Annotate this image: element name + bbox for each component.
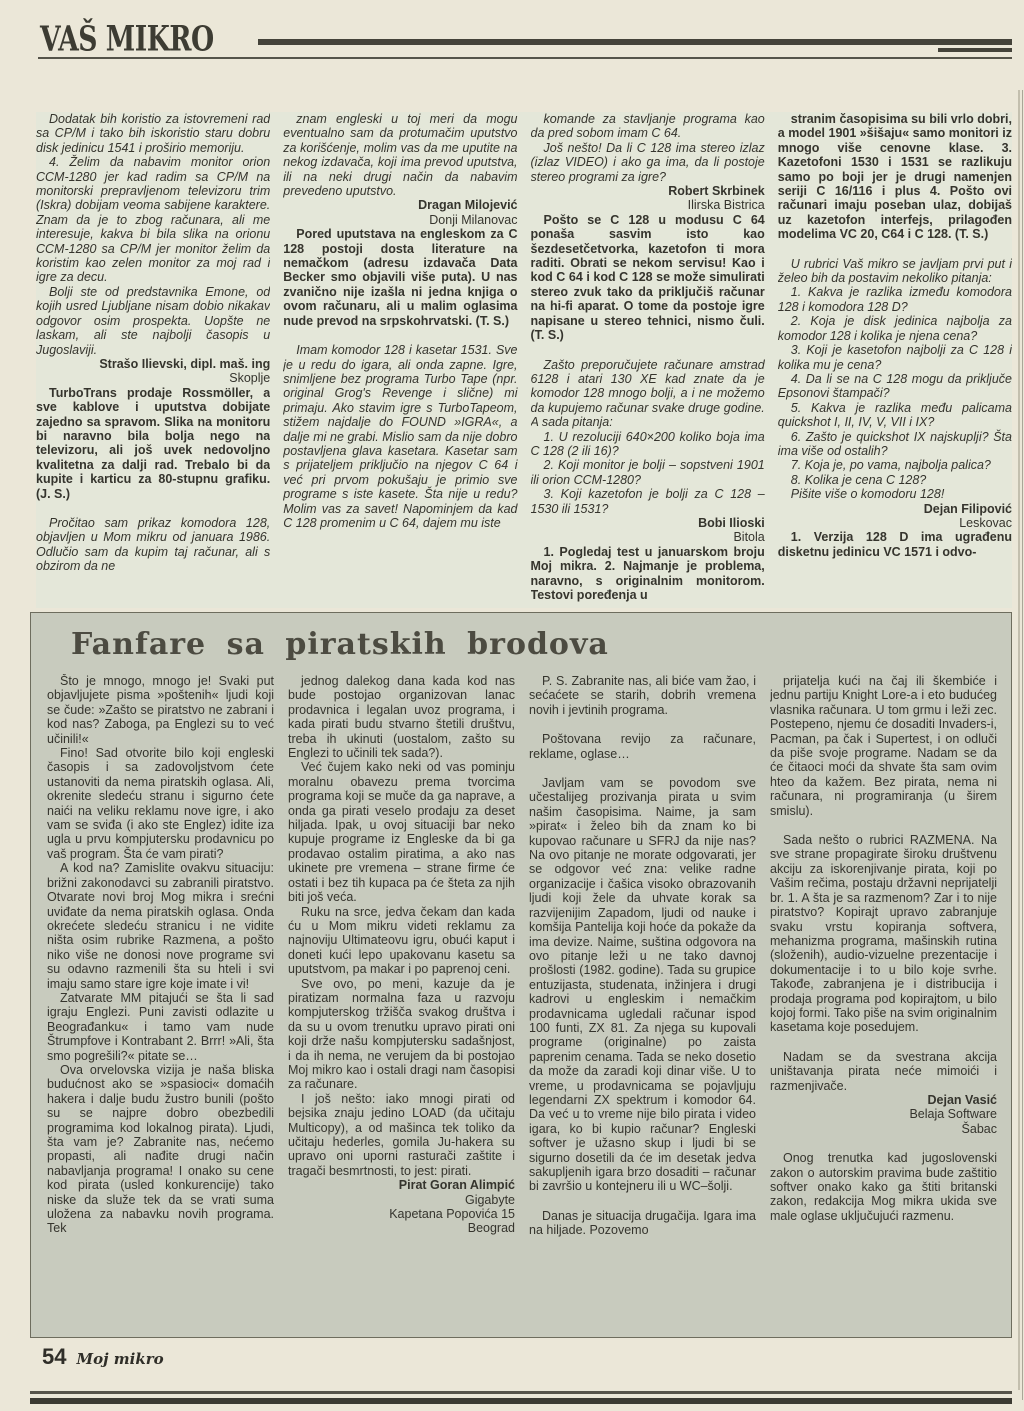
text-block: Belaja Software xyxy=(770,1107,997,1121)
article-columns: Što je mnogo, mnogo je! Svaki put objavl… xyxy=(31,670,1011,1316)
article-section: Fanfare sa piratskih brodova Što je mnog… xyxy=(30,612,1012,1338)
text-block: Šabac xyxy=(770,1122,997,1136)
text-block: 5. Kakva je razlika među palicama quicks… xyxy=(778,401,1012,430)
text-block: Pirat Goran Alimpić xyxy=(288,1178,515,1192)
text-block: znam engleski u toj meri da mogu eventua… xyxy=(283,112,517,198)
text-block: 3. Koji je kasetofon najbolji za C 128 i… xyxy=(778,343,1012,372)
text-block: 2. Koji monitor je bolji – sopstveni 190… xyxy=(531,458,765,487)
text-block: 8. Kolika je cena C 128? xyxy=(778,473,1012,487)
masthead-rule-thin xyxy=(38,57,1012,59)
letters-column-2: znam engleski u toj meri da mogu eventua… xyxy=(283,112,517,608)
page-edge-line-outer xyxy=(1022,90,1023,1400)
text-block: Robert Skrbinek xyxy=(531,184,765,198)
letters-section: Dodatak bih koristio za istovremeni rad … xyxy=(36,112,1012,608)
text-block: 1. U rezoluciji 640×200 koliko boja ima … xyxy=(531,430,765,459)
text-block: 4. Želim da nabavim monitor orion CCM-12… xyxy=(36,155,270,285)
text-block: 3. Koji kazetofon je bolji za C 128 – 15… xyxy=(531,487,765,516)
page-bottom-rule-thin xyxy=(30,1391,1012,1394)
text-block: Bitola xyxy=(531,530,765,544)
page-footer: 54 Moj mikro xyxy=(42,1344,164,1370)
text-block: Gigabyte xyxy=(288,1193,515,1207)
text-block: Pored uputstava na engleskom za C 128 po… xyxy=(283,227,517,328)
text-block: Donji Milanovac xyxy=(283,213,517,227)
text-block: prijatelja kući na čaj ili škembiće i je… xyxy=(770,674,997,818)
text-block: 2. Koja je disk jedinica najbolja za kom… xyxy=(778,314,1012,343)
text-block: 6. Zašto je quickshot IX najskuplji? Šta… xyxy=(778,430,1012,459)
article-column-1: Što je mnogo, mnogo je! Svaki put objavl… xyxy=(47,674,274,1316)
masthead-rule-thick xyxy=(258,39,1012,45)
text-block: P. S. Zabranite nas, ali biće vam žao, i… xyxy=(529,674,756,717)
text-block: Nadam se da svestrana akcija uništavanja… xyxy=(770,1050,997,1093)
text-block: Bolji ste od predstavnika Emone, od koji… xyxy=(36,285,270,357)
text-block: Ova orvelovska vizija je naša bliska bud… xyxy=(47,1063,274,1236)
article-column-4: prijatelja kući na čaj ili škembiće i je… xyxy=(770,674,997,1316)
text-block: Zatvarate MM pitajući se šta li sad igra… xyxy=(47,991,274,1063)
page-number: 54 xyxy=(42,1344,66,1370)
text-block: Beograd xyxy=(288,1221,515,1235)
text-block: 7. Koja je, po vama, najbolja palica? xyxy=(778,458,1012,472)
text-block: Zašto preporučujete računare amstrad 612… xyxy=(531,358,765,430)
text-block: Još nešto! Da li C 128 ima stereo izlaz … xyxy=(531,141,765,184)
text-block: jednog dalekog dana kada kod nas bude po… xyxy=(288,674,515,760)
letters-column-1: Dodatak bih koristio za istovremeni rad … xyxy=(36,112,270,608)
text-block: Strašo Ilievski, dipl. maš. ing xyxy=(36,357,270,371)
text-block: Ilirska Bistrica xyxy=(531,198,765,212)
text-block: Dragan Milojević xyxy=(283,198,517,212)
article-column-3: P. S. Zabranite nas, ali biće vam žao, i… xyxy=(529,674,756,1316)
masthead-rule-thick-right xyxy=(938,48,1012,52)
text-block: TurboTrans prodaje Rossmöller, a sve kab… xyxy=(36,386,270,501)
text-block: A kod na? Zamislite ovakvu situaciju: br… xyxy=(47,861,274,991)
letters-column-3: komande za stavljanje programa kao da pr… xyxy=(531,112,765,608)
section-masthead: VAŠ MIKRO xyxy=(40,18,214,59)
text-block: Dejan Vasić xyxy=(770,1093,997,1107)
text-block: 1. Verzija 128 D ima ugrađenu disketnu j… xyxy=(778,530,1012,559)
article-column-2: jednog dalekog dana kada kod nas bude po… xyxy=(288,674,515,1316)
text-block: komande za stavljanje programa kao da pr… xyxy=(531,112,765,141)
text-block: Fino! Sad otvorite bilo koji engleski ča… xyxy=(47,746,274,861)
text-block: 4. Da li se na C 128 mogu da priključe E… xyxy=(778,372,1012,401)
text-block: Onog trenutka kad jugoslovenski zakon o … xyxy=(770,1151,997,1223)
text-block: Već čujem kako neki od vas pominju moral… xyxy=(288,760,515,904)
text-block: Kapetana Popovića 15 xyxy=(288,1207,515,1221)
page-bottom-rule-thick xyxy=(30,1398,1012,1404)
text-block: Imam komodor 128 i kasetar 1531. Sve je … xyxy=(283,343,517,530)
text-block: Sada nešto o rubrici RAZMENA. Na sve str… xyxy=(770,833,997,1035)
text-block: Pišite više o komodoru 128! xyxy=(778,487,1012,501)
text-block: Dodatak bih koristio za istovremeni rad … xyxy=(36,112,270,155)
text-block: Pošto se C 128 u modusu C 64 ponaša sasv… xyxy=(531,213,765,343)
text-block: Leskovac xyxy=(778,516,1012,530)
text-block: Što je mnogo, mnogo je! Svaki put objavl… xyxy=(47,674,274,746)
text-block: 1. Pogledaj test u januarskom broju Moj … xyxy=(531,545,765,603)
text-block: I još nešto: iako mnogi pirati od bejsik… xyxy=(288,1092,515,1178)
magazine-name: Moj mikro xyxy=(76,1350,163,1368)
text-block: U rubrici Vaš mikro se javljam prvi put … xyxy=(778,257,1012,286)
text-block: Sve ovo, po meni, kazuje da je piratizam… xyxy=(288,977,515,1092)
article-title: Fanfare sa piratskih brodova xyxy=(71,627,1011,662)
letters-column-4: stranim časopisima su bili vrlo dobri, a… xyxy=(778,112,1012,608)
page-edge-line xyxy=(1018,90,1020,1390)
text-block: Danas je situacija drugačija. Igara ima … xyxy=(529,1209,756,1238)
text-block: Bobi Ilioski xyxy=(531,516,765,530)
text-block: Pročitao sam prikaz komodora 128, objavl… xyxy=(36,516,270,574)
text-block: Dejan Filipović xyxy=(778,502,1012,516)
text-block: Poštovana revijo za računare, reklame, o… xyxy=(529,732,756,761)
text-block: Ruku na srce, jedva čekam dan kada ću u … xyxy=(288,905,515,977)
text-block: stranim časopisima su bili vrlo dobri, a… xyxy=(778,112,1012,242)
text-block: Skoplje xyxy=(36,371,270,385)
text-block: 1. Kakva je razlika između komodora 128 … xyxy=(778,285,1012,314)
text-block: Javljam vam se povodom sve učestalijeg p… xyxy=(529,776,756,1194)
